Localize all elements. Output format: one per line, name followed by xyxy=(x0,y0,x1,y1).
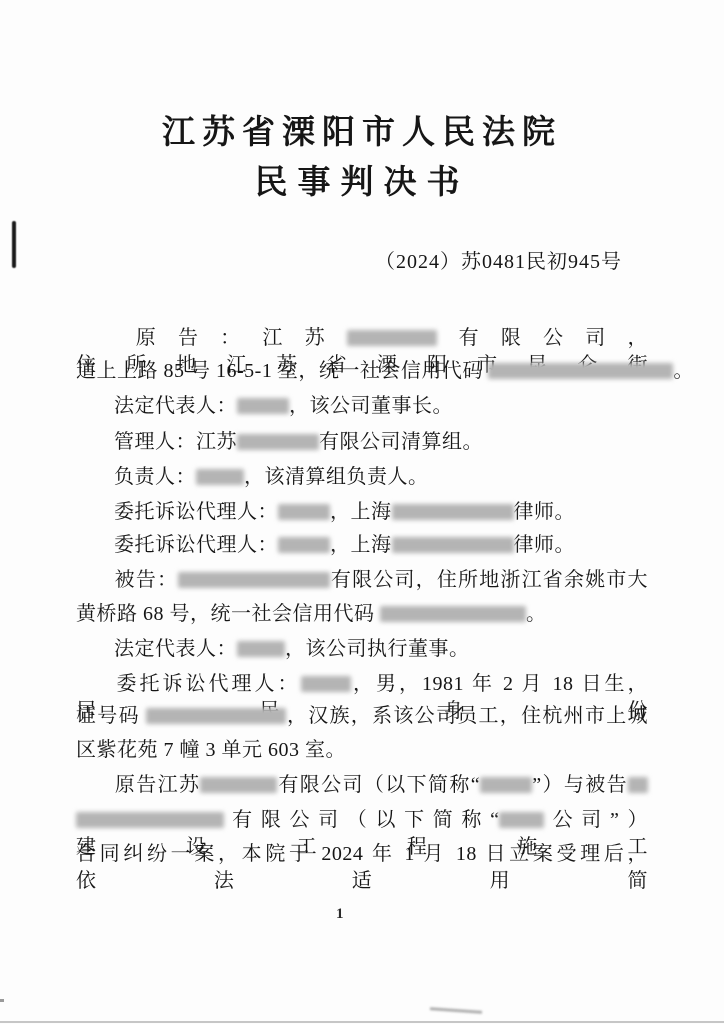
text-segment: 有限公司清算组。 xyxy=(319,431,483,453)
redacted-text xyxy=(146,708,286,724)
text-segment: ，该清算组负责人。 xyxy=(244,466,429,488)
redacted-text xyxy=(200,777,277,793)
redacted-text xyxy=(488,363,673,379)
paragraph-indent xyxy=(76,482,114,483)
redacted-text xyxy=(237,434,319,450)
text-segment: ，汉族，系该公司员工，住杭州市上城 xyxy=(286,705,648,727)
text-segment: 原告江苏 xyxy=(114,774,200,796)
text-segment: ，上海 xyxy=(330,534,392,556)
paragraph-indent xyxy=(76,654,114,655)
redacted-text xyxy=(278,537,330,553)
text-line: 证号码 ，汉族，系该公司员工，住杭州市上城 xyxy=(76,703,648,730)
text-line: 黄桥路 68 号，统一社会信用代码 。 xyxy=(76,601,648,628)
text-line: 原告江苏有限公司（以下简称“”）与被告 xyxy=(76,772,648,799)
text-segment: 法定代表人： xyxy=(114,395,237,417)
text-segment: 合同纠纷一案，本院于 2024 年 1 月 18 日立案受理后，依法适用简 xyxy=(76,843,648,892)
text-segment: 委托诉讼代理人： xyxy=(114,534,278,556)
redacted-text xyxy=(301,676,351,692)
text-segment: ，该公司董事长。 xyxy=(289,395,453,417)
text-segment: 道上上路 85 号 16-5-1 室，统一社会信用代码 xyxy=(76,360,488,382)
redacted-text xyxy=(178,572,330,588)
text-segment: 律师。 xyxy=(514,501,576,523)
paragraph-indent xyxy=(76,550,114,551)
paragraph-indent xyxy=(76,689,114,690)
redacted-text xyxy=(237,398,289,414)
redacted-text xyxy=(392,504,514,520)
text-segment: 证号码 xyxy=(76,705,146,727)
text-segment: 黄桥路 68 号，统一社会信用代码 xyxy=(76,603,380,625)
text-line: 法定代表人：，该公司董事长。 xyxy=(76,393,648,420)
text-line: 委托诉讼代理人：，上海律师。 xyxy=(76,532,648,559)
text-line: 区紫花苑 7 幢 3 单元 603 室。 xyxy=(76,737,648,764)
redacted-text xyxy=(480,777,532,793)
redacted-text xyxy=(347,330,437,346)
text-segment: 区紫花苑 7 幢 3 单元 603 室。 xyxy=(76,739,346,761)
page-number: 1 xyxy=(336,906,344,923)
scanned-judgment-page: 江苏省溧阳市人民法院 民事判决书 （2024）苏0481民初945号 原告：江苏… xyxy=(0,0,724,1024)
text-segment: 有限公司（以下简称“ xyxy=(277,774,480,796)
text-segment: ，该公司执行董事。 xyxy=(285,638,470,660)
text-segment: 。 xyxy=(673,360,694,382)
text-segment: 律师。 xyxy=(514,534,576,556)
text-segment: ”）与被告 xyxy=(532,774,628,796)
redacted-text xyxy=(392,537,514,553)
scan-edge-line xyxy=(0,1021,724,1023)
text-segment: ，上海 xyxy=(330,501,392,523)
text-line: 负责人：，该清算组负责人。 xyxy=(76,464,648,491)
text-line: 委托诉讼代理人：，上海律师。 xyxy=(76,499,648,526)
redacted-text xyxy=(278,504,330,520)
paragraph-indent xyxy=(76,585,114,586)
redacted-text xyxy=(237,641,285,657)
redacted-text xyxy=(196,469,244,485)
redacted-text xyxy=(76,812,224,828)
text-segment: 被告： xyxy=(114,569,178,591)
scan-binding-mark xyxy=(12,221,16,268)
paragraph-indent xyxy=(76,411,114,412)
redacted-text xyxy=(380,606,526,622)
document-body: 原告：江苏有限公司，住所地江苏省溧阳市昆仑街道上上路 85 号 16-5-1 室… xyxy=(0,0,724,1024)
text-segment: 负责人： xyxy=(114,466,196,488)
text-segment: 委托诉讼代理人： xyxy=(114,673,301,695)
text-line: 道上上路 85 号 16-5-1 室，统一社会信用代码 。 xyxy=(76,358,648,385)
text-line: 管理人：江苏有限公司清算组。 xyxy=(76,429,648,456)
text-line: 法定代表人：，该公司执行董事。 xyxy=(76,636,648,663)
text-line: 被告：有限公司，住所地浙江省余姚市大 xyxy=(76,567,648,594)
text-segment: 。 xyxy=(526,603,547,625)
paragraph-indent xyxy=(76,517,114,518)
text-segment: 管理人：江苏 xyxy=(114,431,237,453)
text-segment: 原告：江苏 xyxy=(114,327,347,349)
scan-speck xyxy=(0,999,4,1002)
text-segment: 委托诉讼代理人： xyxy=(114,501,278,523)
paragraph-indent xyxy=(76,790,114,791)
paragraph-indent xyxy=(76,343,114,344)
redacted-text xyxy=(628,777,648,793)
paragraph-indent xyxy=(76,447,114,448)
text-segment: 有限公司（以下简称“ xyxy=(224,809,499,831)
redacted-text xyxy=(499,812,544,828)
text-segment: 法定代表人： xyxy=(114,638,237,660)
text-line: 合同纠纷一案，本院于 2024 年 1 月 18 日立案受理后，依法适用简 xyxy=(76,841,648,895)
text-segment: 有限公司，住所地浙江省余姚市大 xyxy=(330,569,648,591)
